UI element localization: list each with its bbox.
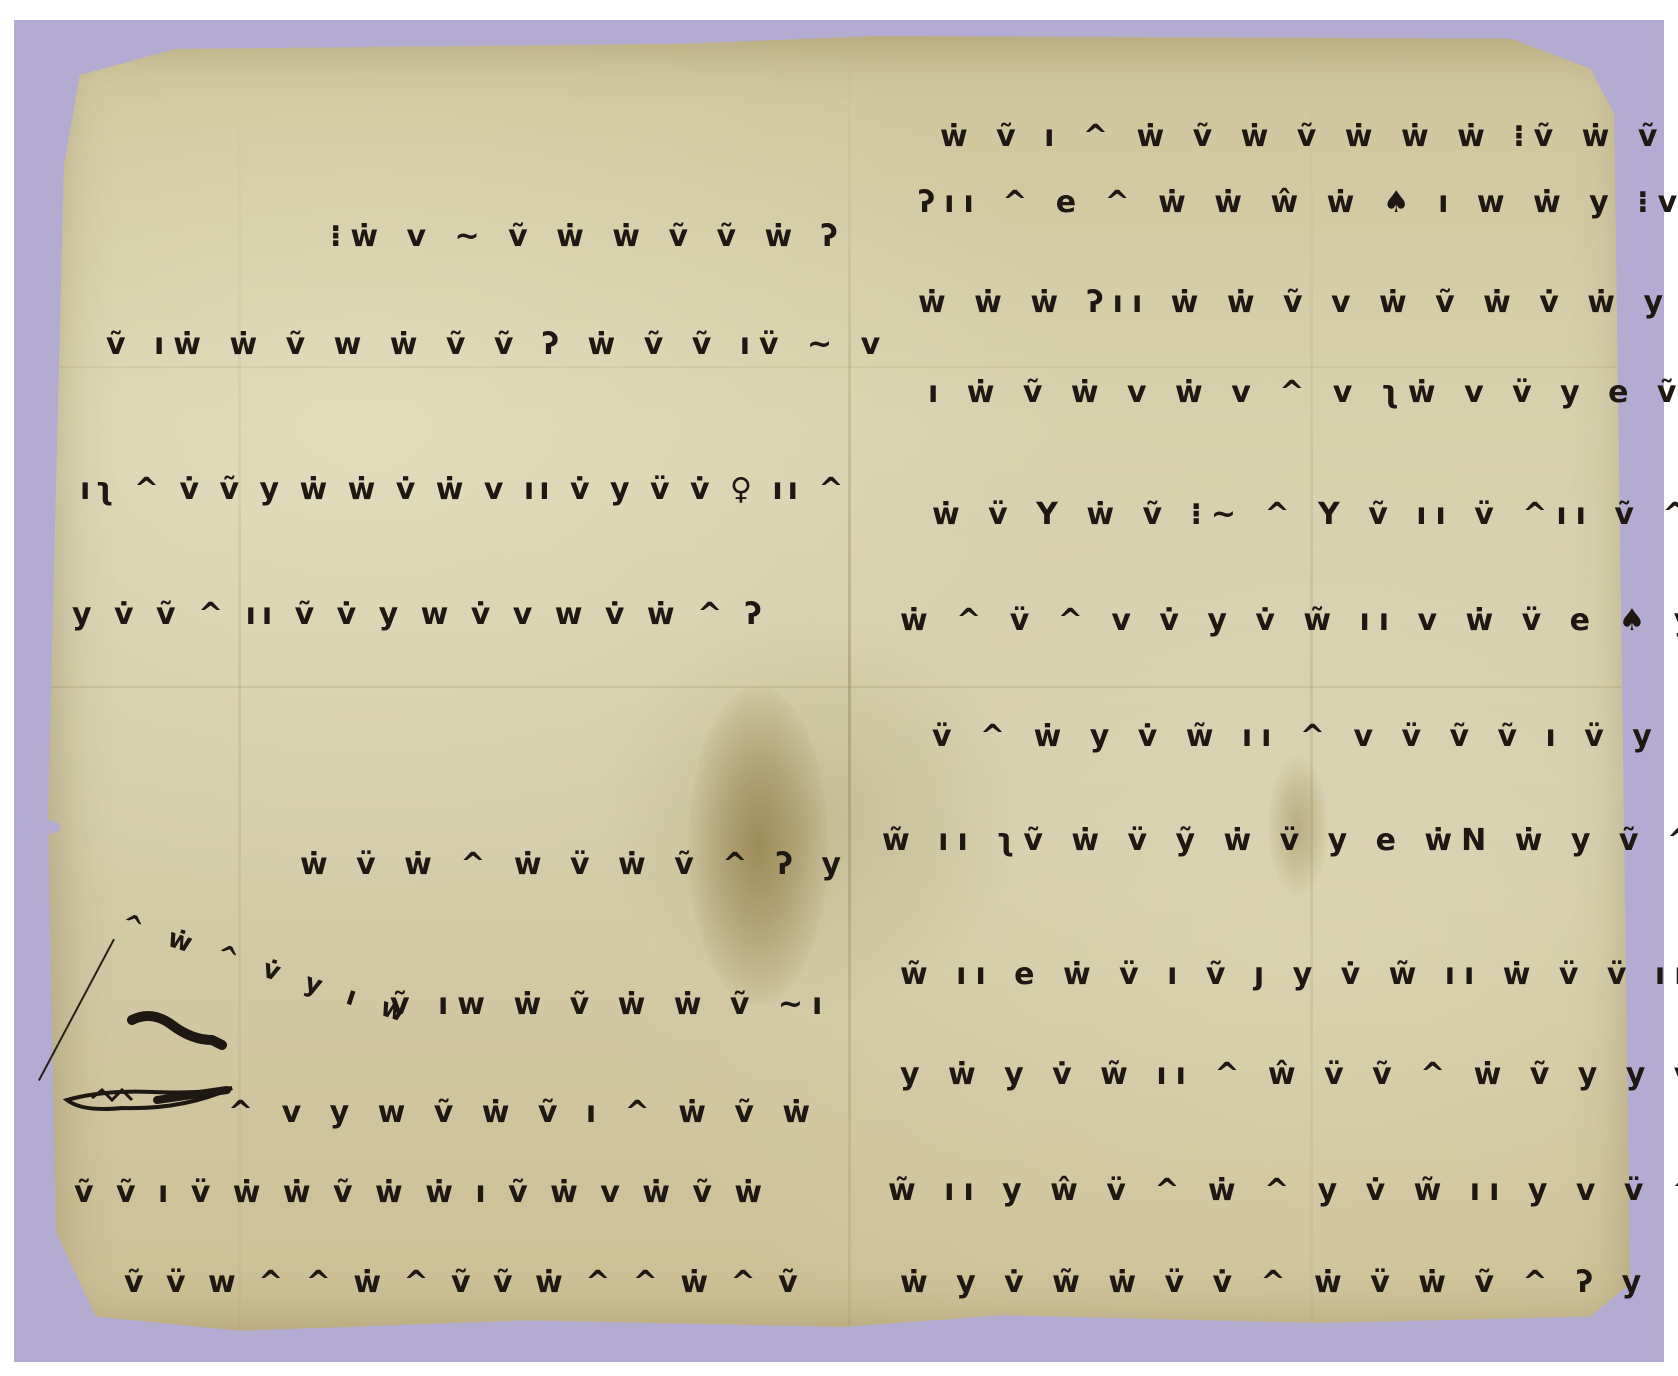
right-line-12: ẇ y v̇ w̃ ẇ v̈ v̇ ^ ẇ v̈ ẇ ṽ ^ ʔ y	[900, 1268, 1650, 1298]
right-line-8: w̃ ıı ʅṽ ẇ v̈ ỹ ẇ v̈ y e ẇN ẇ y ṽ ^	[882, 826, 1678, 856]
left-line-6: ṽ ıw ẇ ṽ ẇ ẇ ṽ ~ı	[390, 990, 831, 1020]
right-line-5: ẇ v̈ Y ẇ ṽ ⁝~ ^ Y ṽ ıı v̈ ^ıı ṽ ^	[932, 500, 1678, 530]
horizontal-crease	[48, 686, 1638, 688]
paper-tear	[20, 820, 60, 834]
left-line-4: y v̇ ṽ ^ ıı ṽ v̇ y w v̇ v w v̇ ẇ ^ ʔ	[72, 600, 768, 630]
left-line-3: ıʅ ^ v̇ ṽ y ẇ ẇ v̇ ẇ v ıı v̇ y v̈ v̇ ♀ ı…	[80, 475, 849, 505]
right-line-9: w̃ ıı e ẇ v̈ ı ṽ ȷ y v̇ w̃ ıı ẇ v̈ v̈ ıı…	[900, 960, 1678, 990]
right-line-3: ẇ ẇ ẇ ʔıı ẇ ẇ ṽ v ẇ ṽ ẇ v̇ ẇ y	[918, 288, 1672, 318]
horizontal-crease-upper	[48, 366, 1638, 368]
right-line-6: ẇ ^ v̈ ^ v v̇ y v̇ w̃ ıı v ẇ v̈ e ♠ y	[900, 606, 1678, 636]
right-line-7: v̈ ^ ẇ y v̇ w̃ ıı ^ v v̈ ṽ ṽ ı v̈ y v̇	[932, 722, 1678, 752]
left-line-1: ⁝ẇ v ~ ṽ ẇ ẇ ṽ ṽ ẇ ʔ	[330, 222, 847, 252]
right-line-11: w̃ ıı y ŵ v̈ ^ ẇ ^ y v̇ w̃ ıı y v v̈ ^	[888, 1176, 1678, 1206]
left-line-7: ^ v y w ṽ ẇ ṽ ı ^ ẇ ṽ ẇ	[228, 1098, 819, 1128]
right-line-1: ẇ ṽ ı ^ ẇ ṽ ẇ ṽ ẇ ẇ ẇ ⁝ṽ ẇ ṽ ıı	[940, 122, 1678, 152]
right-line-10: y ẇ y v̇ w̃ ıı ^ ŵ v̈ ṽ ^ ẇ ṽ y y v̇	[900, 1060, 1678, 1090]
right-line-4: ı ẇ ṽ ẇ v ẇ v ^ v ʅẇ v v̈ y e ṽ	[928, 378, 1678, 408]
left-line-9: ṽ v̈ w ^ ^ ẇ ^ ṽ ṽ ẇ ^ ^ ẇ ^ ṽ	[124, 1268, 804, 1298]
left-line-2: ṽ ıẇ ẇ ṽ w ẇ ṽ ṽ ʔ ẇ ṽ ṽ ıv̈ ~ v	[106, 330, 889, 360]
left-line-5: ẇ v̈ ẇ ^ ẇ v̈ ẇ ṽ ^ ʔ y	[300, 850, 850, 880]
right-line-2: ʔıı ^ e ^ ẇ ẇ ŵ ẇ ♠ ı w ẇ y ⁝v	[918, 188, 1678, 218]
water-stain	[688, 686, 828, 1006]
ink-scribble	[62, 1000, 242, 1120]
left-line-8: ṽ ṽ ı v̈ ẇ ẇ ṽ ẇ ẇ ı ṽ ẇ v ẇ ṽ ẇ	[74, 1178, 768, 1208]
